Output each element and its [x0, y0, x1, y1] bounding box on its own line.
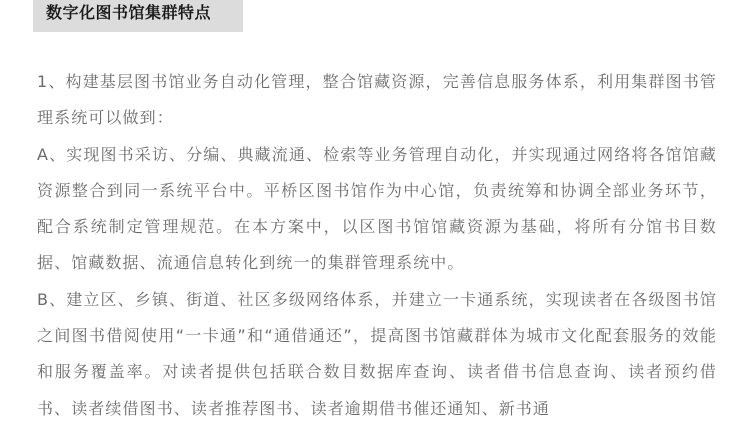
section-header: 数字化图书馆集群特点: [33, 0, 243, 32]
section-title: 数字化图书馆集群特点: [46, 3, 211, 22]
paragraph-item-a: A、实现图书采访、分编、典藏流通、检索等业务管理自动化，并实现通过网络将各馆馆藏…: [37, 137, 717, 282]
paragraph-item-b: B、建立区、乡镇、街道、社区多级网络体系，并建立一卡通系统，实现读者在各级图书馆…: [37, 282, 717, 427]
paragraph-intro: 1、构建基层图书馆业务自动化管理，整合馆藏资源，完善信息服务体系，利用集群图书管…: [37, 64, 717, 137]
article-body: 1、构建基层图书馆业务自动化管理，整合馆藏资源，完善信息服务体系，利用集群图书管…: [37, 64, 717, 427]
